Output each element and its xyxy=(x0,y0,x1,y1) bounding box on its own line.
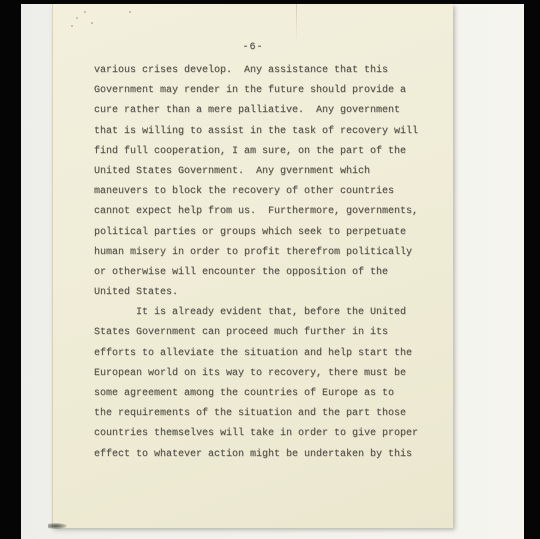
text-line: some agreement among the countries of Eu… xyxy=(94,384,439,404)
text-line: States Government can proceed much furth… xyxy=(94,323,439,343)
typed-text-block: various crises develop. Any assistance t… xyxy=(94,61,439,465)
text-line: countries themselves will take in order … xyxy=(94,424,439,444)
text-line: cure rather than a mere palliative. Any … xyxy=(94,101,439,121)
paper-speck xyxy=(129,11,131,13)
text-line: efforts to alleviate the situation and h… xyxy=(94,344,439,364)
text-line: Government may render in the future shou… xyxy=(94,81,439,101)
text-line: that is willing to assist in the task of… xyxy=(94,122,439,142)
scan-viewport: -6- various crises develop. Any assistan… xyxy=(0,0,540,539)
text-line: cannot expect help from us. Furthermore,… xyxy=(94,202,439,222)
page-number: -6- xyxy=(53,42,453,53)
text-line: various crises develop. Any assistance t… xyxy=(94,61,439,81)
paper-speck xyxy=(76,17,78,19)
text-line: political parties or groups which seek t… xyxy=(94,223,439,243)
text-line: find full cooperation, I am sure, on the… xyxy=(94,142,439,162)
text-line: maneuvers to block the recovery of other… xyxy=(94,182,439,202)
paper-speck xyxy=(91,22,93,24)
text-line: effect to whatever action might be under… xyxy=(94,445,439,465)
text-line: human misery in order to profit therefro… xyxy=(94,243,439,263)
paper-crease xyxy=(296,4,297,42)
text-line: European world on its way to recovery, t… xyxy=(94,364,439,384)
paper-speck xyxy=(84,11,86,13)
text-line: United States. xyxy=(94,283,439,303)
document-page: -6- various crises develop. Any assistan… xyxy=(52,4,453,528)
text-line: or otherwise will encounter the oppositi… xyxy=(94,263,439,283)
corner-smudge xyxy=(48,523,67,529)
backing-sheet: -6- various crises develop. Any assistan… xyxy=(21,4,524,539)
text-line: United States Government. Any gvernment … xyxy=(94,162,439,182)
text-line: the requirements of the situation and th… xyxy=(94,404,439,424)
text-line-paragraph-start: It is already evident that, before the U… xyxy=(94,303,439,323)
paper-speck xyxy=(71,25,73,27)
